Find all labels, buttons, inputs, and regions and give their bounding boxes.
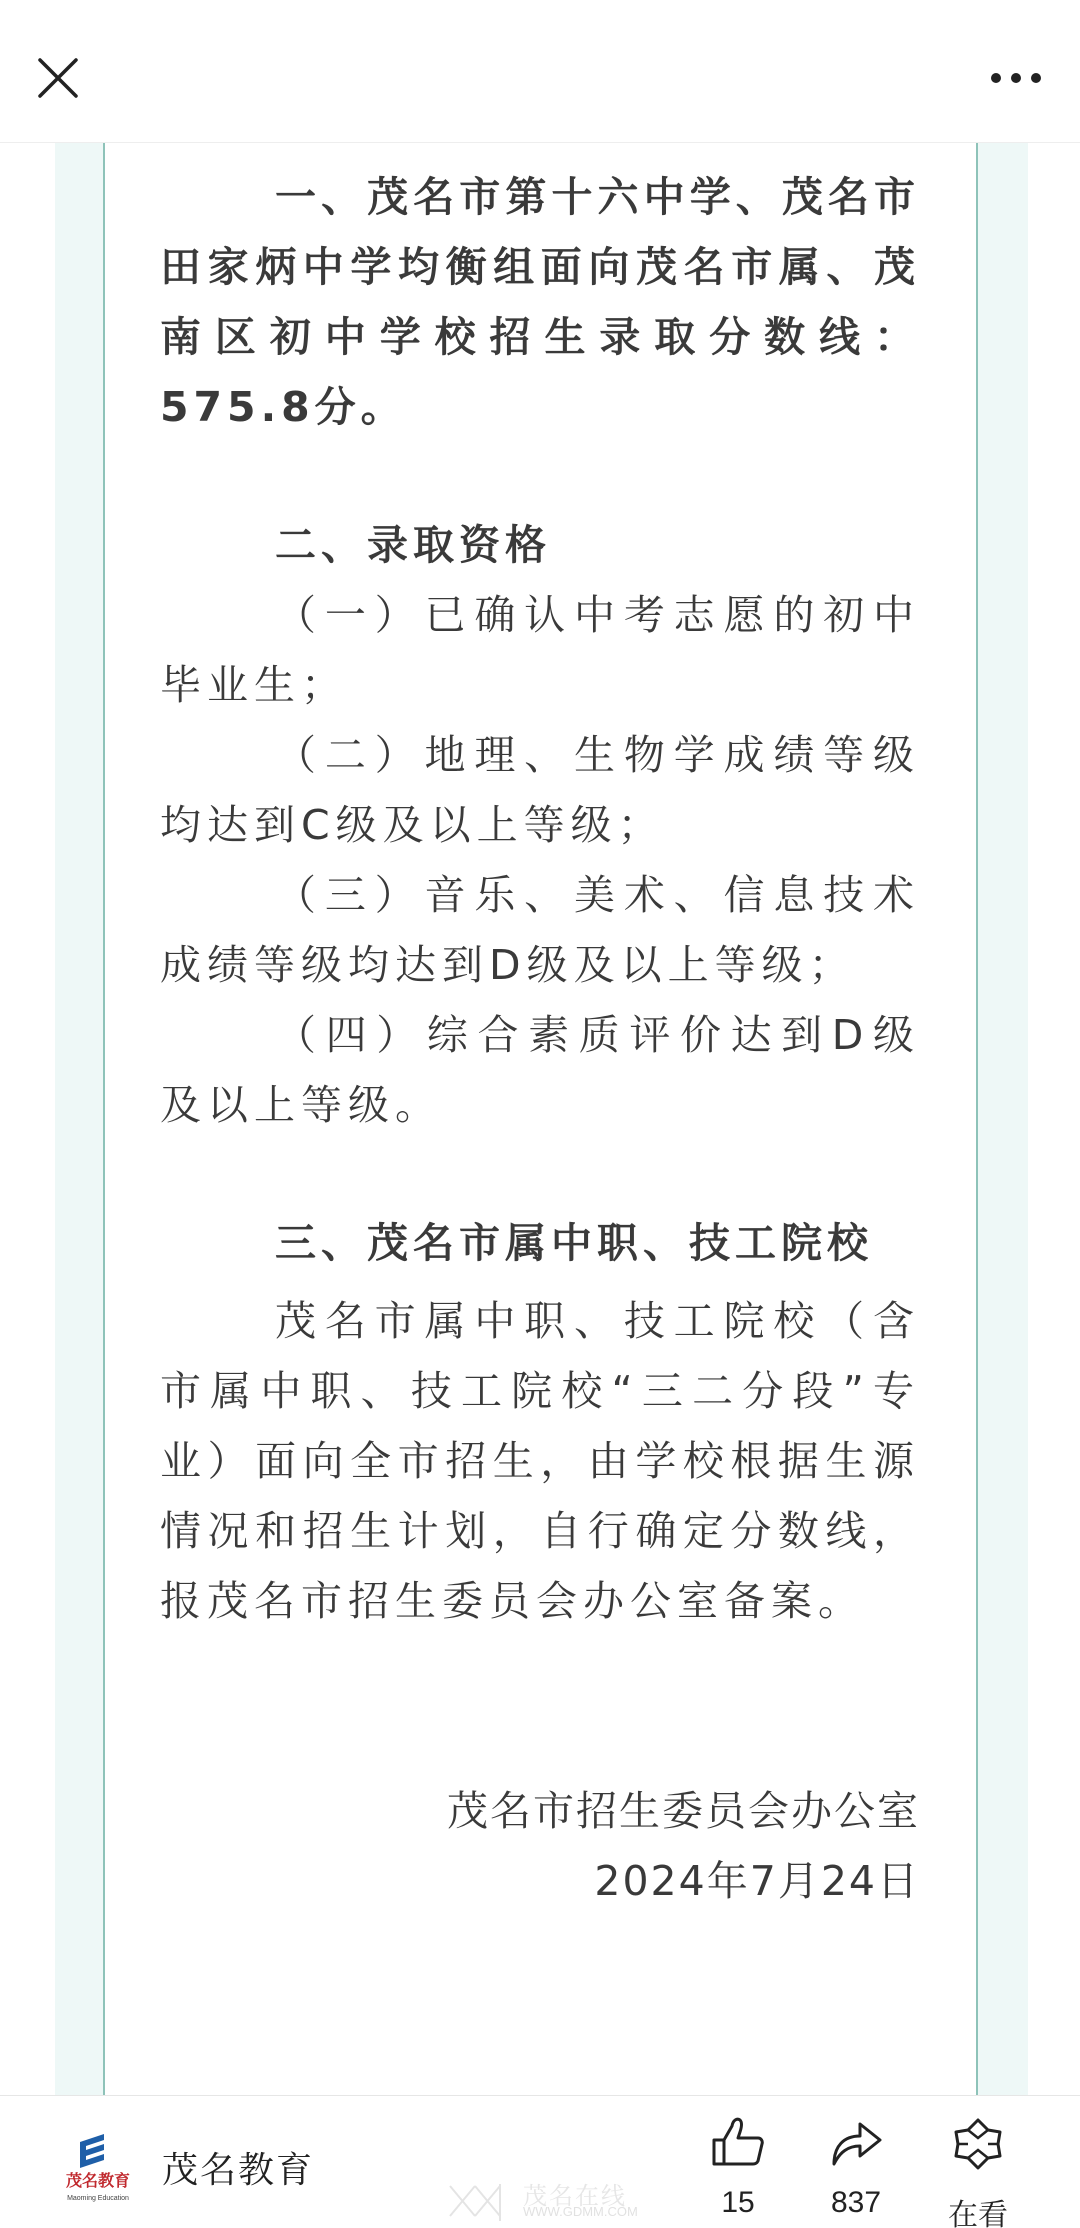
- frame-border-right: [978, 142, 1028, 2095]
- like-button[interactable]: 15: [688, 2116, 788, 2220]
- more-options-button[interactable]: [988, 62, 1044, 94]
- account-avatar[interactable]: 茂名教育 Maoming Education: [58, 2128, 138, 2208]
- qualification-item-1: （一）已确认中考志愿的初中毕业生；: [160, 580, 920, 720]
- svg-text:茂名教育: 茂名教育: [66, 2171, 130, 2190]
- wow-button[interactable]: 在看: [928, 2116, 1028, 2228]
- share-count: 837: [806, 2186, 906, 2220]
- like-count: 15: [688, 2186, 788, 2220]
- bottom-action-bar: 茂名教育 Maoming Education 茂名教育 茂名在线 WWW.GDM…: [0, 2095, 1080, 2228]
- section3-heading: 三、茂名市属中职、技工院校: [160, 1208, 920, 1278]
- top-navigation-bar: [0, 0, 1080, 143]
- article-frame[interactable]: 一、茂名市第十六中学、茂名市田家炳中学均衡组面向茂名市属、茂南区初中学校招生录取…: [0, 142, 1080, 2095]
- share-button[interactable]: 837: [806, 2116, 906, 2220]
- section2-heading: 二、录取资格: [160, 510, 920, 580]
- close-button[interactable]: [30, 50, 86, 106]
- maoming-education-logo-icon: 茂名教育 Maoming Education: [58, 2128, 138, 2208]
- article-body: 一、茂名市第十六中学、茂名市田家炳中学均衡组面向茂名市属、茂南区初中学校招生录取…: [160, 162, 920, 1916]
- watermark-logo-icon: [445, 2176, 515, 2226]
- qualification-item-2: （二）地理、生物学成绩等级均达到C级及以上等级；: [160, 720, 920, 860]
- frame-border-left: [55, 142, 103, 2095]
- signature-date: 2024年7月24日: [160, 1846, 920, 1916]
- wow-star-icon: [950, 2116, 1006, 2172]
- frame-rule-left: [103, 142, 105, 2095]
- svg-text:Maoming Education: Maoming Education: [67, 2195, 129, 2202]
- watermark-url: WWW.GDMM.COM: [523, 2204, 638, 2219]
- section3-body: 茂名市属中职、技工院校（含市属中职、技工院校“三二分段”专业）面向全市招生，由学…: [160, 1286, 920, 1636]
- close-icon: [30, 50, 86, 106]
- share-icon: [828, 2116, 884, 2168]
- thumbs-up-icon: [710, 2116, 766, 2168]
- more-dots-icon: [988, 62, 1044, 94]
- watermark: 茂名在线 WWW.GDMM.COM: [445, 2176, 645, 2226]
- account-name[interactable]: 茂名教育: [162, 2142, 314, 2193]
- qualification-item-4: （四）综合素质评价达到D级及以上等级。: [160, 1000, 920, 1140]
- qualification-item-3: （三）音乐、美术、信息技术成绩等级均达到D级及以上等级；: [160, 860, 920, 1000]
- section1-score-line: 一、茂名市第十六中学、茂名市田家炳中学均衡组面向茂名市属、茂南区初中学校招生录取…: [160, 162, 920, 442]
- wow-label: 在看: [928, 2190, 1028, 2228]
- signature-org: 茂名市招生委员会办公室: [160, 1776, 920, 1846]
